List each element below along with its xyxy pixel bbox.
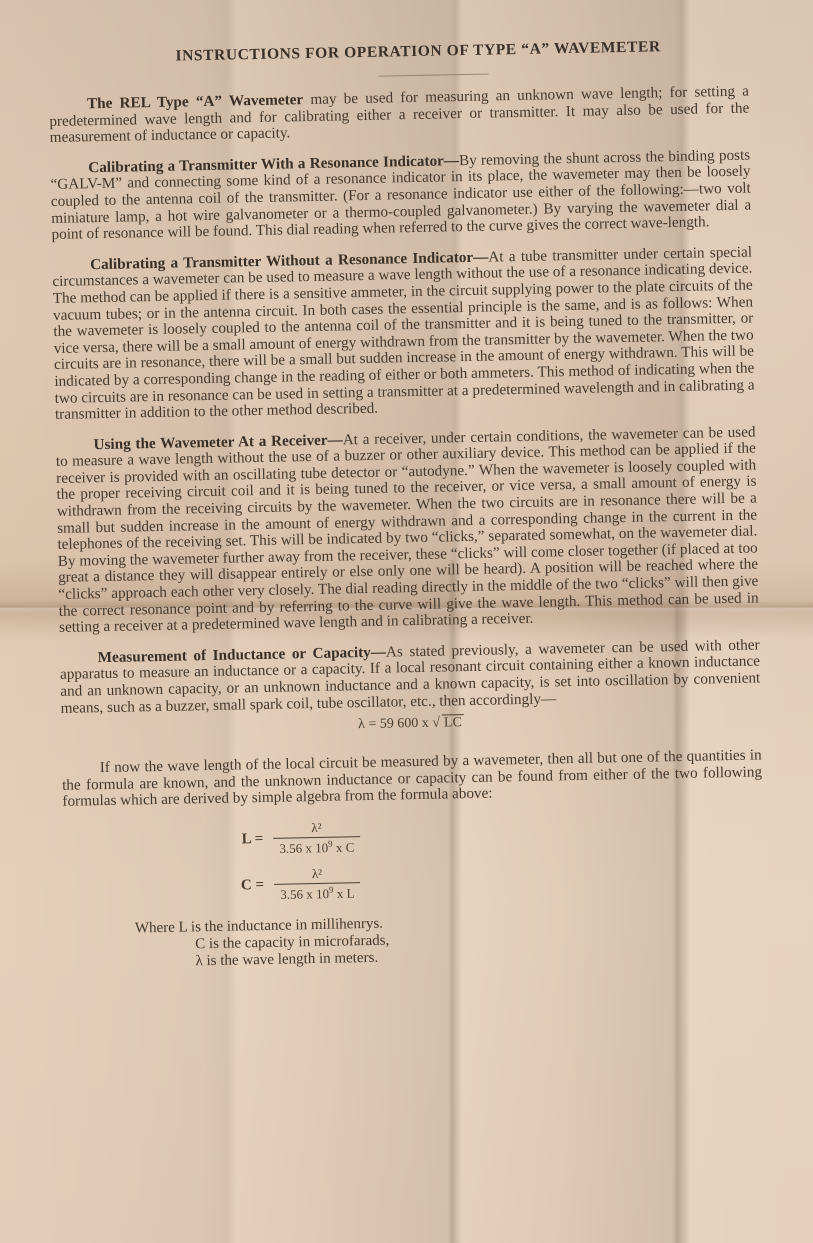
paragraph-without-indicator: Calibrating a Transmitter Without a Reso… bbox=[52, 244, 755, 423]
numerator: λ² bbox=[302, 866, 333, 884]
definition-indent bbox=[135, 948, 195, 949]
definition-prefix: Where bbox=[135, 919, 179, 936]
paragraph-intro: The REL Type “A” Wavemeter may be used f… bbox=[49, 84, 750, 147]
denominator: 3.56 x 109 x L bbox=[274, 882, 361, 903]
denominator: 3.56 x 109 x C bbox=[273, 836, 360, 857]
inductance-formula: L = λ² 3.56 x 109 x C bbox=[223, 811, 764, 858]
paragraph-inductance: Measurement of Inductance or Capacity—As… bbox=[60, 637, 761, 717]
formula-lhs: λ = 59 600 x bbox=[358, 716, 432, 732]
denominator-base: 3.56 x 10 bbox=[279, 840, 328, 856]
title-divider bbox=[379, 74, 489, 77]
formula-lhs: L = bbox=[223, 831, 263, 849]
sqrt-argument: LC bbox=[442, 714, 464, 730]
document-body: INSTRUCTIONS FOR OPERATION OF TYPE “A” W… bbox=[48, 37, 766, 973]
formula-lhs: C = bbox=[224, 877, 264, 895]
denominator-tail: x C bbox=[332, 840, 354, 855]
paragraph-text: may be used for measuring an unknown wav… bbox=[49, 83, 749, 147]
numerator: λ² bbox=[301, 820, 332, 838]
paragraph-after-formula: If now the wave length of the local circ… bbox=[62, 748, 763, 811]
fraction: λ² 3.56 x 109 x C bbox=[273, 819, 361, 857]
capacity-formula: C = λ² 3.56 x 109 x L bbox=[224, 858, 765, 905]
paragraph-with-indicator: Calibrating a Transmitter With a Resonan… bbox=[50, 147, 751, 243]
paragraph-text: At a receiver, under certain conditions,… bbox=[56, 423, 759, 636]
denominator-base: 3.56 x 10 bbox=[280, 886, 329, 902]
definition-text: λ is the wave length in meters. bbox=[195, 949, 378, 969]
definition-indent bbox=[136, 965, 196, 966]
sqrt-sign: √ bbox=[432, 716, 440, 731]
denominator-tail: x L bbox=[333, 886, 354, 901]
paragraph-receiver: Using the Wavemeter At a Receiver—At a r… bbox=[55, 424, 759, 637]
fraction: λ² 3.56 x 109 x L bbox=[274, 865, 361, 903]
